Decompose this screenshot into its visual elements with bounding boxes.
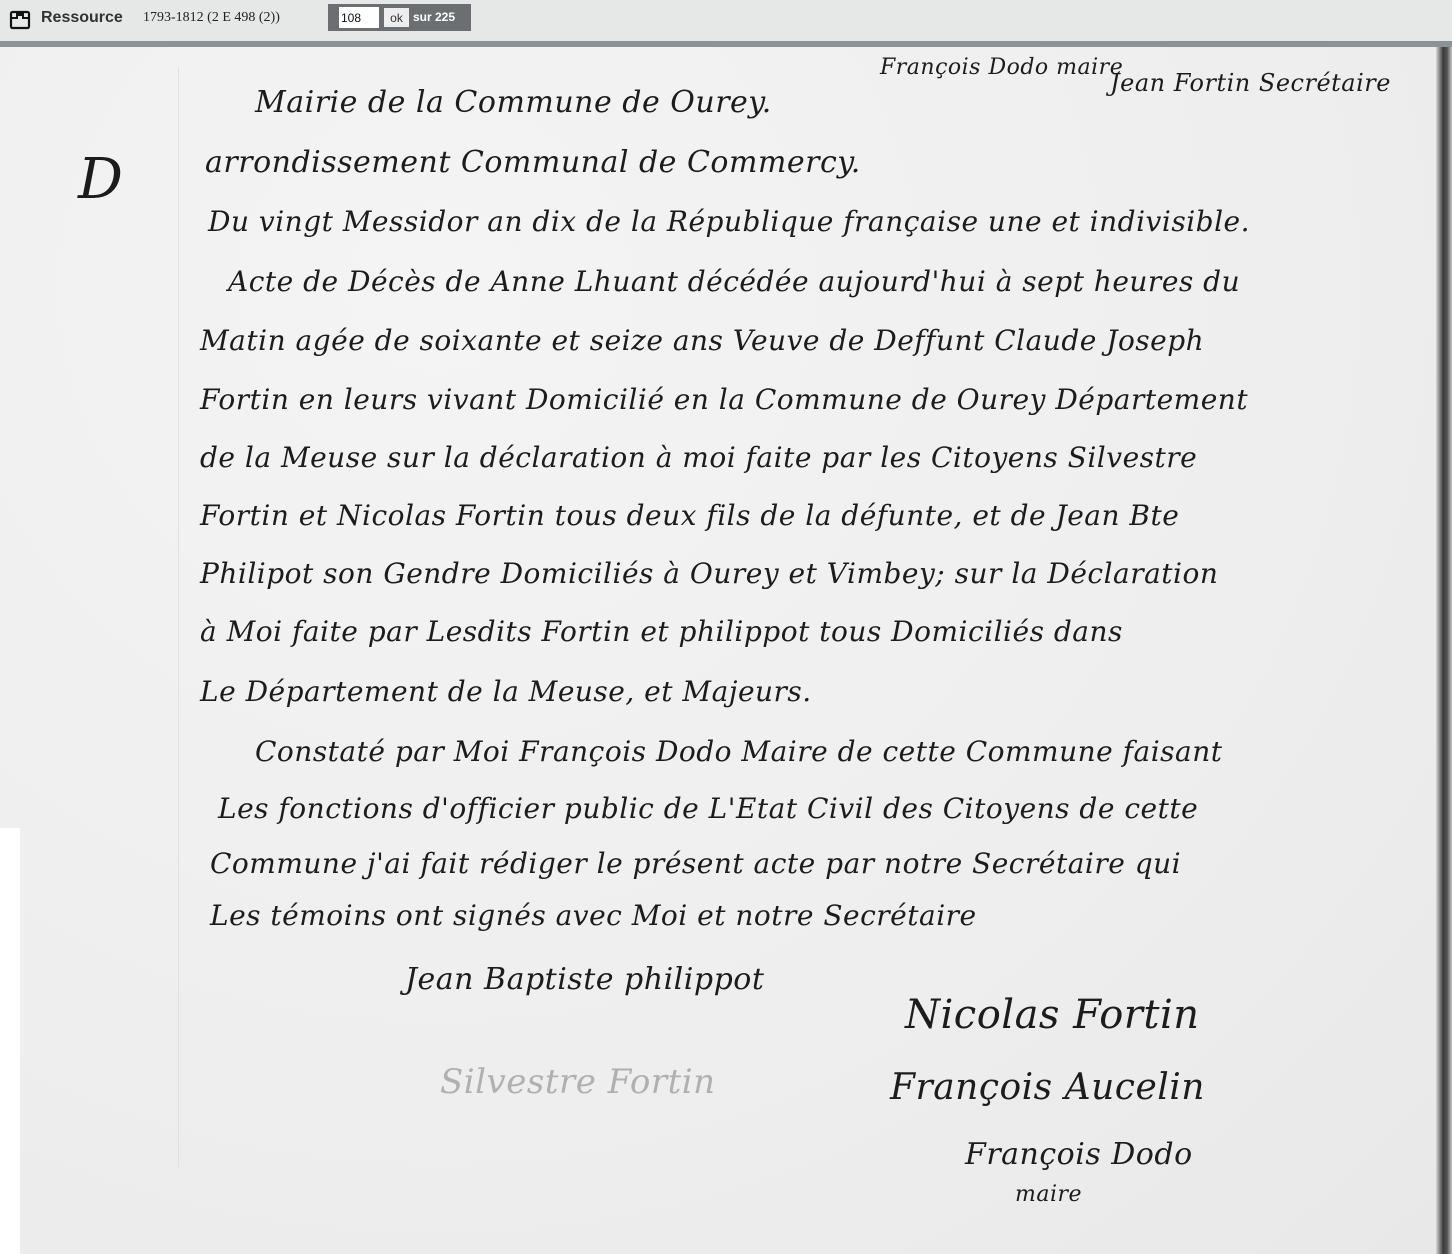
page-margin-line	[178, 67, 179, 1167]
scanned-page-image[interactable]: D Mairie de la Commune de Ourey. Françoi…	[0, 47, 1452, 1254]
handwritten-line: à Moi faite par Lesdits Fortin et philip…	[200, 615, 1123, 648]
handwritten-line: Commune j'ai fait rédiger le présent act…	[210, 847, 1181, 880]
handwritten-line: Le Département de la Meuse, et Majeurs.	[200, 675, 812, 708]
handwritten-line: Du vingt Messidor an dix de la Républiqu…	[208, 205, 1250, 238]
archive-box-icon	[9, 8, 31, 30]
resource-subtitle: 1793-1812 (2 E 498 (2))	[143, 10, 280, 26]
page-binding-edge	[1436, 47, 1452, 1254]
signature: Silvestre Fortin	[440, 1062, 716, 1102]
go-to-page-button[interactable]: ok	[384, 8, 409, 27]
handwritten-line: Fortin en leurs vivant Domicilié en la C…	[200, 383, 1248, 416]
top-signature-left: François Dodo maire	[880, 55, 1123, 80]
margin-letter: D	[78, 147, 123, 212]
signature: Jean Baptiste philippot	[405, 962, 764, 997]
handwritten-line: Les fonctions d'officier public de L'Eta…	[218, 792, 1198, 825]
handwritten-line: Fortin et Nicolas Fortin tous deux fils …	[200, 499, 1179, 532]
resource-toolbar: Ressource 1793-1812 (2 E 498 (2)) ok sur…	[0, 0, 1452, 41]
handwritten-line: Philipot son Gendre Domiciliés à Ourey e…	[200, 557, 1218, 590]
document-viewer[interactable]: D Mairie de la Commune de Ourey. Françoi…	[0, 47, 1452, 1254]
handwritten-line: Mairie de la Commune de Ourey.	[255, 85, 772, 120]
handwritten-line: arrondissement Communal de Commercy.	[205, 145, 861, 180]
handwritten-line: Matin agée de soixante et seize ans Veuv…	[200, 324, 1204, 357]
viewer-background	[0, 828, 20, 1254]
signature: François Dodo	[965, 1137, 1193, 1172]
page-total: sur 225	[413, 10, 455, 24]
signature: François Aucelin	[890, 1067, 1205, 1108]
page-number-input[interactable]	[339, 7, 379, 28]
page-navigator: ok sur 225	[328, 4, 471, 31]
handwritten-line: Les témoins ont signés avec Moi et notre…	[210, 899, 977, 932]
top-signature-right: Jean Fortin Secrétaire	[1110, 69, 1391, 97]
resource-title: Ressource	[41, 9, 123, 27]
signature: maire	[1015, 1182, 1082, 1207]
handwritten-line: Acte de Décès de Anne Lhuant décédée auj…	[228, 265, 1240, 298]
signature: Nicolas Fortin	[905, 992, 1200, 1038]
handwritten-line: de la Meuse sur la déclaration à moi fai…	[200, 441, 1197, 474]
handwritten-line: Constaté par Moi François Dodo Maire de …	[255, 735, 1223, 768]
